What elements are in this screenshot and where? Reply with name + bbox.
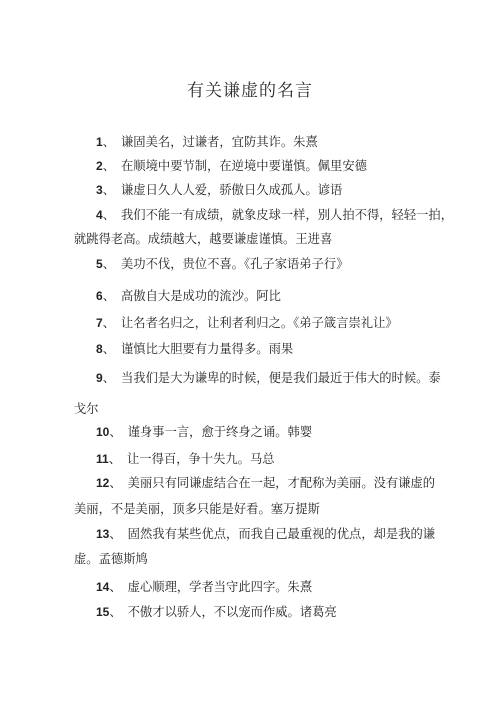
quote-line: 4、我们不能一有成绩，就象皮球一样，别人拍不得，轻轻一拍， (96, 208, 453, 222)
quote-text: 固然我有某些优点，而我自己最重视的优点，却是我的谦 (128, 527, 435, 541)
quote-line-wrapped: 戈尔 (74, 402, 99, 416)
quote-number: 14 (96, 580, 109, 594)
quote-text: 美丽只有同谦虚结合在一起，才配称为美丽。没有谦虚的 (128, 476, 435, 490)
quote-number: 11 (96, 452, 109, 466)
quote-text: 谨慎比大胆要有力量得多。雨果 (121, 342, 293, 356)
quote-text: 谦虚日久人人爱，骄傲日久成孤人。谚语 (121, 183, 342, 197)
quote-line: 14、虚心顺理，学者当守此四字。朱熹 (96, 580, 312, 594)
quote-text: 让名者名归之，让利者利归之。《弟子箴言崇礼让》 (121, 316, 398, 330)
quote-line: 11、让一得百，争十失九。马总 (96, 452, 275, 466)
quote-line: 13、固然我有某些优点，而我自己最重视的优点，却是我的谦 (96, 527, 435, 541)
quote-line: 7、让名者名归之，让利者利归之。《弟子箴言崇礼让》 (96, 316, 398, 330)
quote-text: 我们不能一有成绩，就象皮球一样，别人拍不得，轻轻一拍， (121, 208, 453, 222)
quote-number: 8 (96, 342, 103, 356)
quote-number: 10 (96, 425, 109, 439)
quote-text: 谨身事一言，愈于终身之诵。韩婴 (128, 425, 312, 439)
quote-text: 当我们是大为谦卑的时候，便是我们最近于伟大的时候。泰 (121, 371, 441, 385)
quote-number: 2 (96, 159, 103, 173)
quote-line-wrapped: 就跳得老高。成绩越大，越要谦虚谨慎。王进喜 (74, 232, 332, 246)
quote-line-wrapped: 美丽，不是美丽，顶多只能是好看。塞万提斯 (74, 502, 320, 516)
quote-text: 谦固美名，过谦者，宜防其诈。朱熹 (121, 135, 318, 149)
quote-number: 5 (96, 257, 103, 271)
quote-text: 在顺境中要节制，在逆境中要谨慎。佩里安德 (121, 159, 367, 173)
quote-line: 5、美功不伐，贵位不喜。《孔子家语弟子行》 (96, 257, 349, 271)
quote-text: 美功不伐，贵位不喜。《孔子家语弟子行》 (121, 257, 349, 271)
quote-text: 高傲自大是成功的流沙。阿比 (121, 289, 281, 303)
quote-line-wrapped: 虚。孟德斯鸠 (74, 552, 148, 566)
quote-number: 15 (96, 605, 109, 619)
quote-number: 12 (96, 476, 109, 490)
quote-number: 3 (96, 183, 103, 197)
quote-line: 3、谦虚日久人人爱，骄傲日久成孤人。谚语 (96, 183, 342, 197)
quote-line: 12、美丽只有同谦虚结合在一起，才配称为美丽。没有谦虚的 (96, 476, 435, 490)
quote-line: 9、当我们是大为谦卑的时候，便是我们最近于伟大的时候。泰 (96, 371, 441, 385)
quote-line: 1、谦固美名，过谦者，宜防其诈。朱熹 (96, 135, 318, 149)
quote-number: 7 (96, 316, 103, 330)
quote-number: 13 (96, 527, 109, 541)
quote-number: 1 (96, 135, 103, 149)
quote-line: 10、谨身事一言，愈于终身之诵。韩婴 (96, 425, 312, 439)
quote-line: 6、高傲自大是成功的流沙。阿比 (96, 289, 281, 303)
document-page: 有关谦虚的名言 1、谦固美名，过谦者，宜防其诈。朱熹 2、在顺境中要节制，在逆境… (0, 0, 500, 708)
quote-line: 8、谨慎比大胆要有力量得多。雨果 (96, 342, 293, 356)
quote-text: 让一得百，争十失九。马总 (127, 452, 275, 466)
document-title: 有关谦虚的名言 (0, 76, 500, 101)
quote-number: 6 (96, 289, 103, 303)
quote-line: 15、不傲才以骄人，不以宠而作威。诸葛亮 (96, 605, 337, 619)
quote-text: 虚心顺理，学者当守此四字。朱熹 (128, 580, 312, 594)
quote-number: 4 (96, 208, 103, 222)
quote-number: 9 (96, 371, 103, 385)
quote-line: 2、在顺境中要节制，在逆境中要谨慎。佩里安德 (96, 159, 367, 173)
quote-text: 不傲才以骄人，不以宠而作威。诸葛亮 (128, 605, 337, 619)
